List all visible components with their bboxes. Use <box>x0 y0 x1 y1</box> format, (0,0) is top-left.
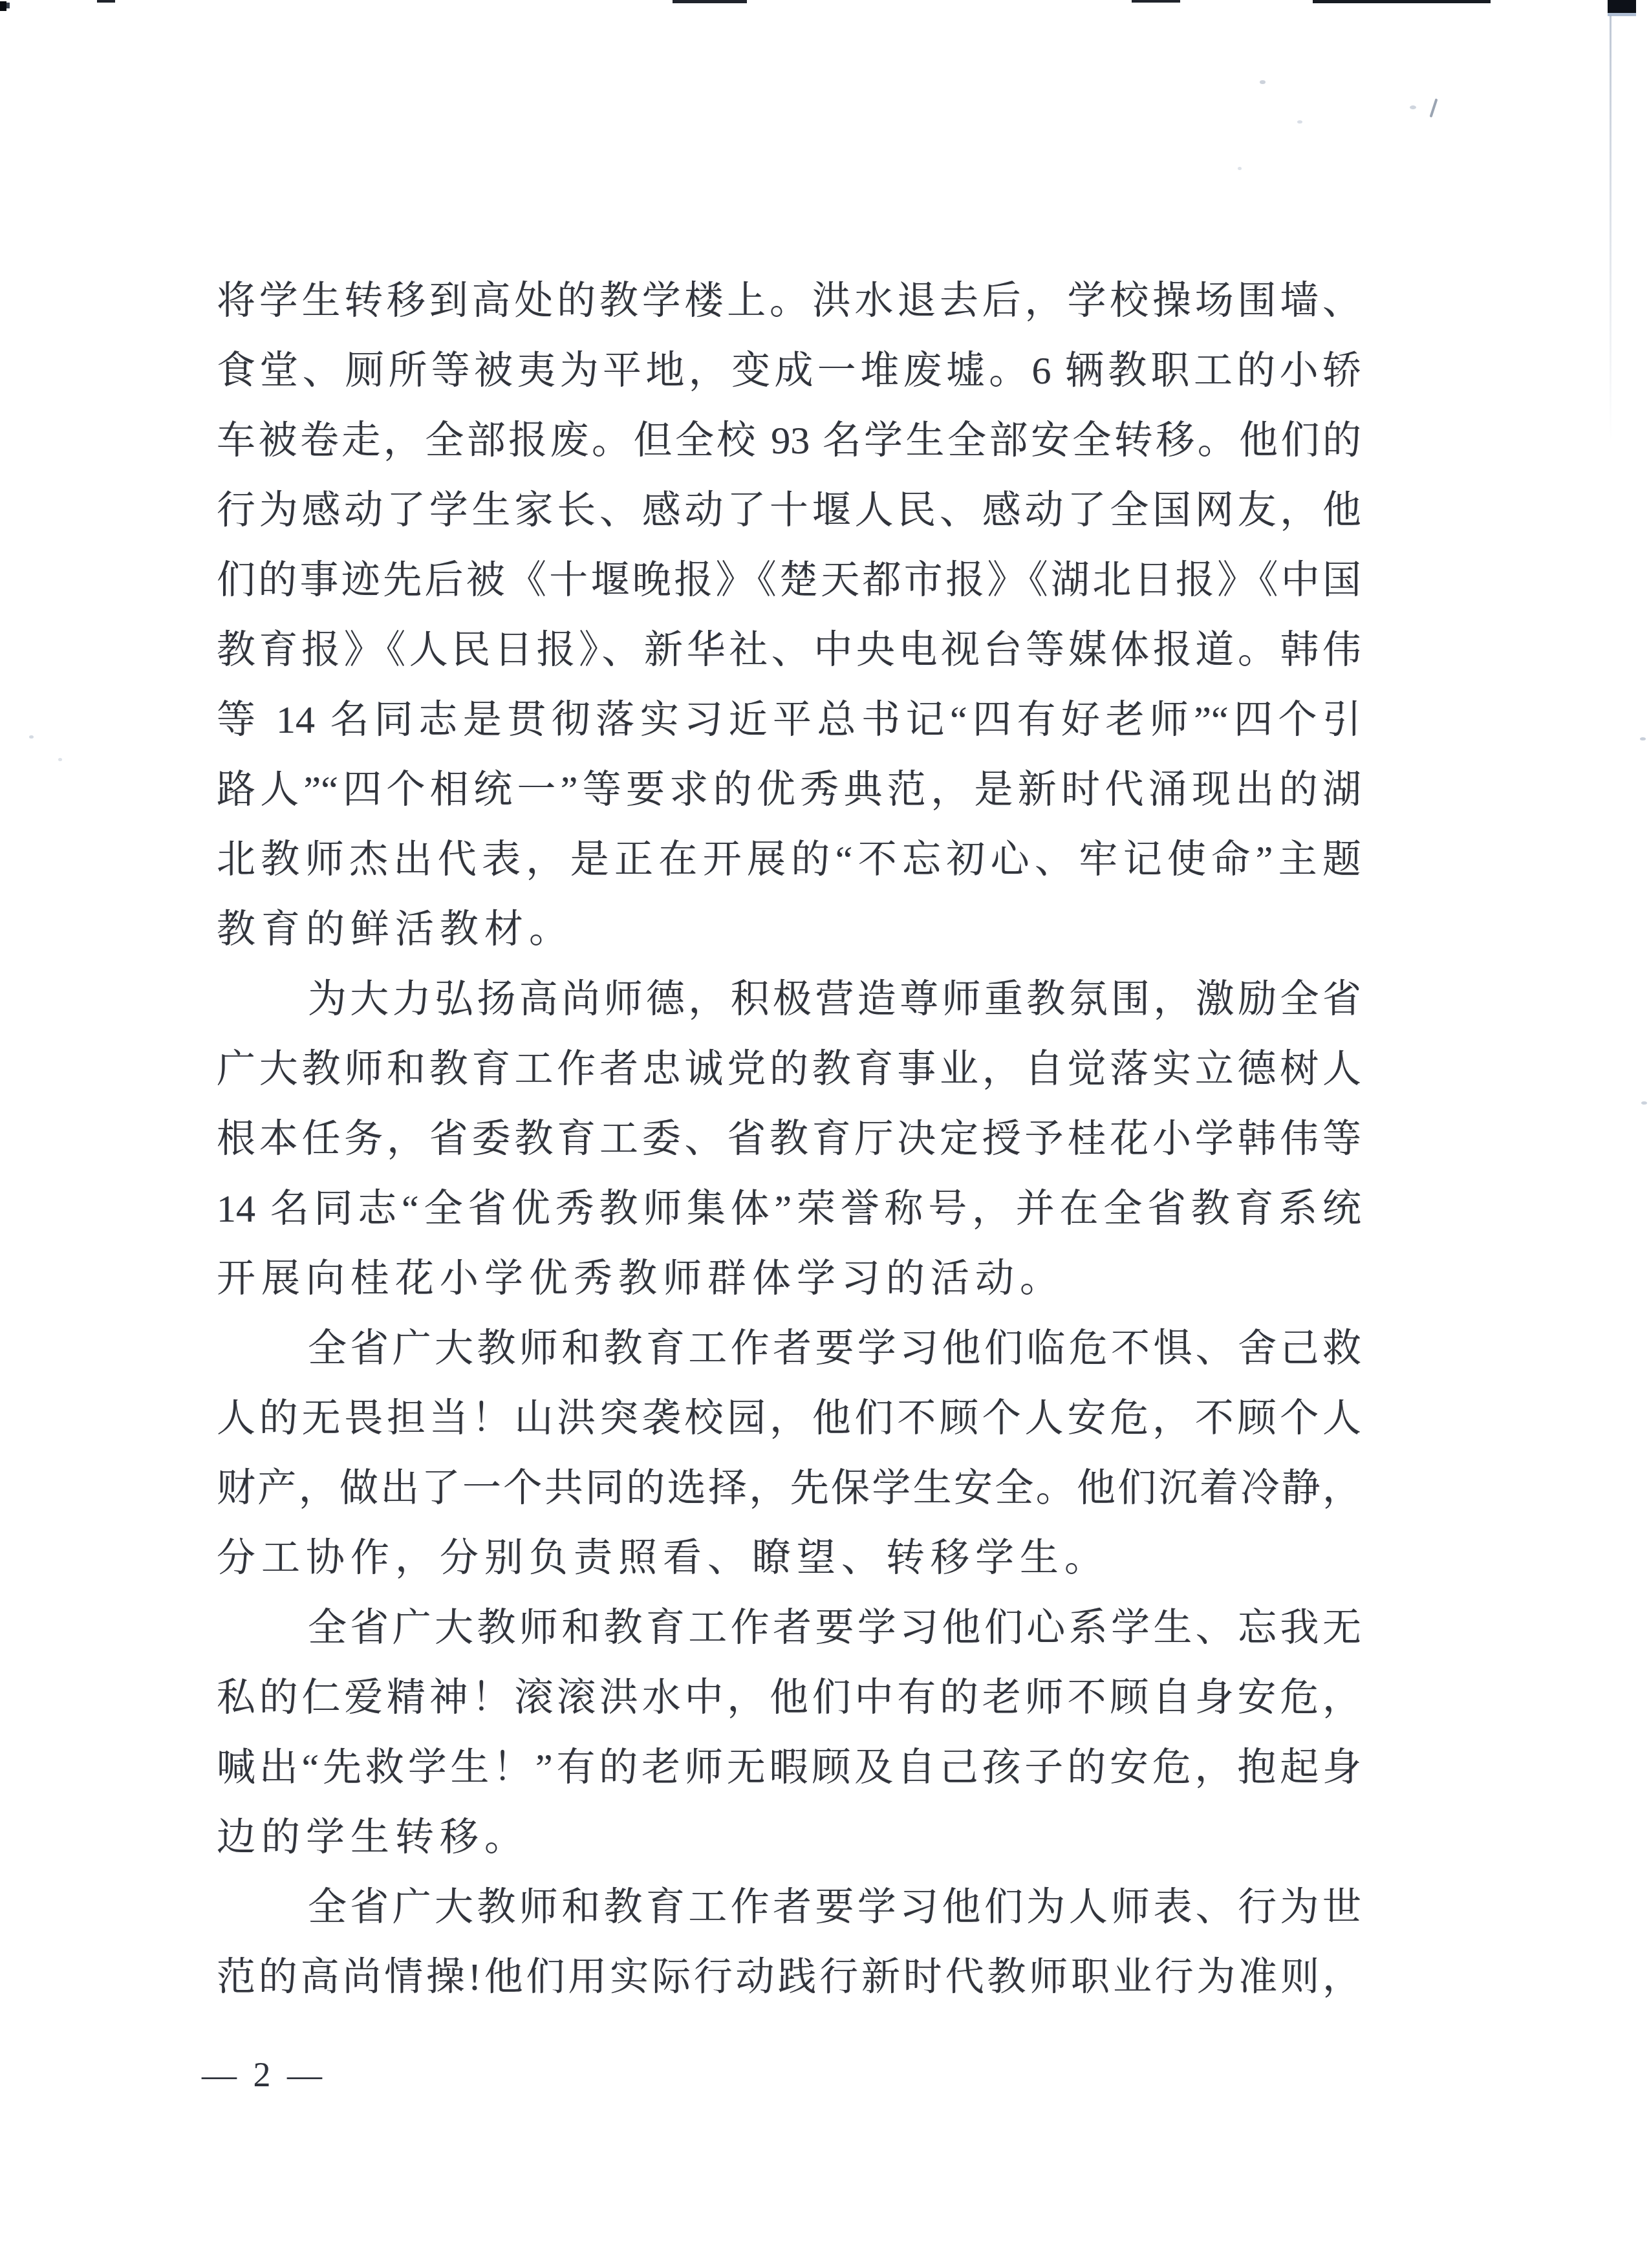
scan-dash-top-3 <box>1132 0 1180 3</box>
text-line: 将学生转移到高处的教学楼上。洪水退去后，学校操场围墙、 <box>217 266 1361 336</box>
scan-mark-top-left-2 <box>6 3 10 8</box>
scan-line-right-edge <box>1610 16 1611 442</box>
text-line: 行为感动了学生家长、感动了十堰人民、感动了全国网友，他 <box>217 475 1361 545</box>
page-number: — 2 — <box>202 2055 326 2094</box>
text-line: 私的仁爱精神！滚滚洪水中，他们中有的老师不顾自身安危， <box>217 1663 1361 1733</box>
scanned-document-page: 将学生转移到高处的教学楼上。洪水退去后，学校操场围墙、 食堂、厕所等被夷为平地，… <box>0 0 1649 2268</box>
text-line: 们的事迹先后被《十堰晚报》《楚天都市报》《湖北日报》《中国 <box>217 545 1361 615</box>
text-line: 财产，做出了一个共同的选择，先保学生安全。他们沉着冷静， <box>217 1453 1361 1523</box>
scan-dash-top-1 <box>97 0 115 3</box>
scan-tick-mark <box>1429 98 1438 118</box>
text-line: 14 名同志“全省优秀教师集体”荣誉称号，并在全省教育系统 <box>217 1174 1361 1244</box>
scan-speck <box>1238 167 1242 170</box>
scan-speck <box>1640 737 1646 740</box>
text-line: 根本任务，省委教育工委、省教育厅决定授予桂花小学韩伟等 <box>217 1104 1361 1174</box>
scan-speck <box>1641 1101 1647 1105</box>
scan-block-top-right-edge <box>1608 13 1636 16</box>
text-line: 为大力弘扬高尚师德，积极营造尊师重教氛围，激励全省 <box>217 964 1361 1034</box>
text-line: 车被卷走，全部报废。但全校 93 名学生全部安全转移。他们的 <box>217 405 1361 475</box>
scan-dash-top-4 <box>1313 0 1491 3</box>
body-text: 将学生转移到高处的教学楼上。洪水退去后，学校操场围墙、 食堂、厕所等被夷为平地，… <box>217 266 1361 2012</box>
text-line: 开展向桂花小学优秀教师群体学习的活动。 <box>217 1244 1361 1313</box>
text-line: 喊出“先救学生！”有的老师无暇顾及自己孩子的安危，抱起身 <box>217 1733 1361 1802</box>
text-line: 分工协作，分别负责照看、瞭望、转移学生。 <box>217 1523 1361 1593</box>
text-line: 教育的鲜活教材。 <box>217 894 1361 964</box>
scan-dash-top-2 <box>673 0 747 3</box>
text-line: 全省广大教师和教育工作者要学习他们临危不惧、舍己救 <box>217 1313 1361 1383</box>
scan-speck <box>1260 80 1266 84</box>
text-line: 食堂、厕所等被夷为平地，变成一堆废墟。6 辆教职工的小轿 <box>217 336 1361 405</box>
text-line: 全省广大教师和教育工作者要学习他们为人师表、行为世 <box>217 1872 1361 1942</box>
text-line: 范的高尚情操!他们用实际行动践行新时代教师职业行为准则， <box>217 1942 1361 2012</box>
scan-speck <box>1297 120 1302 124</box>
text-line: 广大教师和教育工作者忠诚党的教育事业，自觉落实立德树人 <box>217 1034 1361 1104</box>
text-line: 人的无畏担当！山洪突袭校园，他们不顾个人安危，不顾个人 <box>217 1383 1361 1453</box>
text-line: 全省广大教师和教育工作者要学习他们心系学生、忘我无 <box>217 1593 1361 1663</box>
text-line: 边的学生转移。 <box>217 1802 1361 1872</box>
scan-block-top-right <box>1608 0 1636 13</box>
text-line: 教育报》《人民日报》、新华社、中央电视台等媒体报道。韩伟 <box>217 615 1361 685</box>
text-line: 北教师杰出代表，是正在开展的“不忘初心、牢记使命”主题 <box>217 825 1361 894</box>
scan-speck <box>58 758 62 761</box>
scan-mark-top-left <box>0 1 6 11</box>
text-line: 等 14 名同志是贯彻落实习近平总书记“四有好老师”“四个引 <box>217 685 1361 755</box>
text-line: 路人”“四个相统一”等要求的优秀典范，是新时代涌现出的湖 <box>217 755 1361 825</box>
scan-speck <box>1410 105 1416 109</box>
scan-speck <box>29 735 34 739</box>
